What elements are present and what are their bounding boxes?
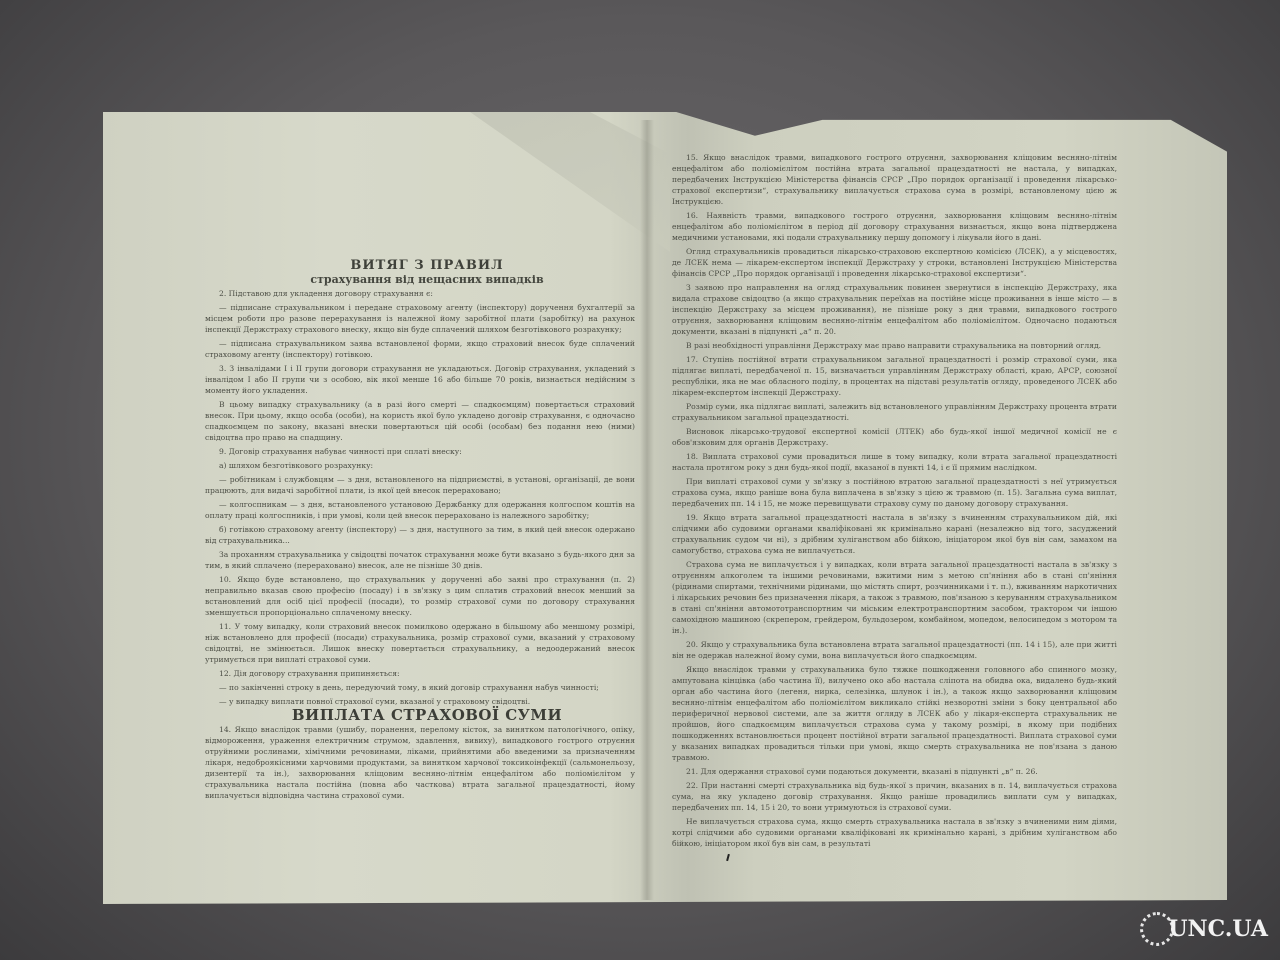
paragraph: 20. Якщо у страхувальника була встановле… [672, 639, 1117, 661]
right-paragraphs: 15. Якщо внаслідок травми, випадкового г… [672, 152, 1117, 849]
paragraph: В цьому випадку страхувальнику (а в разі… [205, 399, 635, 443]
paragraph: При виплаті страхової суми у зв'язку з п… [672, 476, 1117, 509]
right-page: 15. Якщо внаслідок травми, випадкового г… [672, 152, 1117, 852]
paragraph: З заявою про направлення на огляд страху… [672, 282, 1117, 337]
paragraph: 3. З інвалідами I і II групи договори ст… [205, 363, 635, 396]
paragraph: В разі необхідності управління Держстрах… [672, 340, 1117, 351]
paragraph: 16. Наявність травми, випадкового гостро… [672, 210, 1117, 243]
paragraph: 15. Якщо внаслідок травми, випадкового г… [672, 152, 1117, 207]
paragraph: — по закінченні строку в день, передуючи… [205, 682, 635, 693]
paragraph: 22. При настанні смерті страхувальника в… [672, 780, 1117, 813]
center-fold [640, 120, 654, 900]
watermark-text: UNC.UA [1168, 916, 1268, 942]
paragraph: Якщо внаслідок травми у страхувальника б… [672, 664, 1117, 763]
paragraph: Огляд страхувальників провадиться лікарс… [672, 246, 1117, 279]
paragraph: а) шляхом безготівкового розрахунку: [205, 460, 635, 471]
paragraph: 11. У тому випадку, коли страховий внесо… [205, 621, 635, 665]
paragraph: 19. Якщо втрата загальної працездатності… [672, 512, 1117, 556]
paragraph: 10. Якщо буде встановлено, що страхуваль… [205, 574, 635, 618]
paragraph: 2. Підставою для укладення договору стра… [205, 288, 635, 299]
paragraph: 14. Якщо внаслідок травми (ушибу, поране… [205, 724, 635, 801]
paragraph: б) готівкою страховому агенту (інспектор… [205, 524, 635, 546]
paragraph: Висновок лікарсько-трудової експертної к… [672, 426, 1117, 448]
paragraph: 18. Виплата страхової суми провадиться л… [672, 451, 1117, 473]
section-paragraphs: 14. Якщо внаслідок травми (ушибу, поране… [205, 724, 635, 801]
paragraph: Не виплачується страхова сума, якщо смер… [672, 816, 1117, 849]
left-paragraphs: 2. Підставою для укладення договору стра… [205, 288, 635, 707]
paragraph: За проханням страхувальника у свідоцтві … [205, 549, 635, 571]
watermark-logo: UNC.UA [1140, 912, 1268, 946]
paragraph: — колгоспникам — з дня, встановленого ус… [205, 499, 635, 521]
paragraph: 21. Для одержання страхової суми подають… [672, 766, 1117, 777]
left-page: ВИТЯГ З ПРАВИЛ страхування від нещасних … [205, 260, 635, 804]
document-subtitle: страхування від нещасних випадків [205, 274, 635, 285]
document-title: ВИТЯГ З ПРАВИЛ [205, 260, 635, 271]
paragraph: — підписане страхувальником і передане с… [205, 302, 635, 335]
paragraph: 9. Договір страхування набуває чинності … [205, 446, 635, 457]
paragraph: — робітникам і службовцям — з дня, встан… [205, 474, 635, 496]
paragraph: 12. Дія договору страхування припиняєтьс… [205, 668, 635, 679]
paragraph: 17. Ступінь постійної втрати страхувальн… [672, 354, 1117, 398]
paragraph: — підписана страхувальником заява встано… [205, 338, 635, 360]
paragraph: Розмір суми, яка підлягає виплаті, залеж… [672, 401, 1117, 423]
section-title: ВИПЛАТА СТРАХОВОЇ СУМИ [205, 710, 635, 721]
paragraph: Страхова сума не виплачується і у випадк… [672, 559, 1117, 636]
